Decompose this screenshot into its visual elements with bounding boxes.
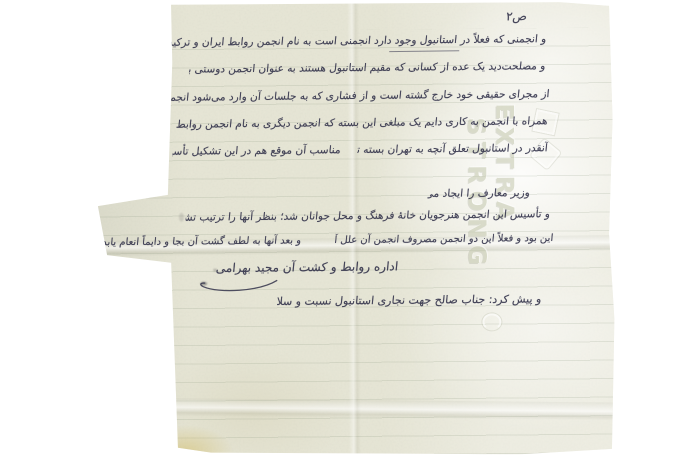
handwriting-line-2: و مصلحت‌دید یک عده از کسانی که مقیم استا… <box>188 58 546 77</box>
handwriting-line-5-right: آنقدر در استانبول تعلق آنچه به تهران بست… <box>357 140 549 158</box>
handwriting-underline <box>389 50 459 52</box>
handwriting-line-6: وزیر معارف را ایجاد می‌شد. <box>427 185 531 202</box>
page-number-mark: ص۲ <box>486 8 528 24</box>
signature-line: اداره روابط و کشت آن مجید بهرامی <box>215 258 399 276</box>
handwriting-closing-line: و پیش کرد: جناب صالح جهت نجاری استانبول … <box>276 291 542 310</box>
watermark-ring-mark <box>482 313 501 330</box>
corner-stain <box>164 425 234 459</box>
signature-flourish <box>197 276 281 296</box>
ink-smudge <box>179 213 184 222</box>
letter-paper: EXTRA STRONG ص۲ و انجمنی که فعلاً در است… <box>94 1 616 457</box>
handwriting-line-1: و انجمنی که فعلاً در استانبول وجود دارد … <box>165 31 547 51</box>
handwriting-line-5-left: مناسب آن موقع هم در این تشکیل تأسیس آن ب… <box>172 142 342 160</box>
handwriting-line-8-left: و بعد آنها به لطف گشت آن بجا و دایماً ان… <box>102 233 302 251</box>
handwriting-line-8-right: این بود و فعلاً این دو انجمن مصروف انجمن… <box>334 231 554 249</box>
